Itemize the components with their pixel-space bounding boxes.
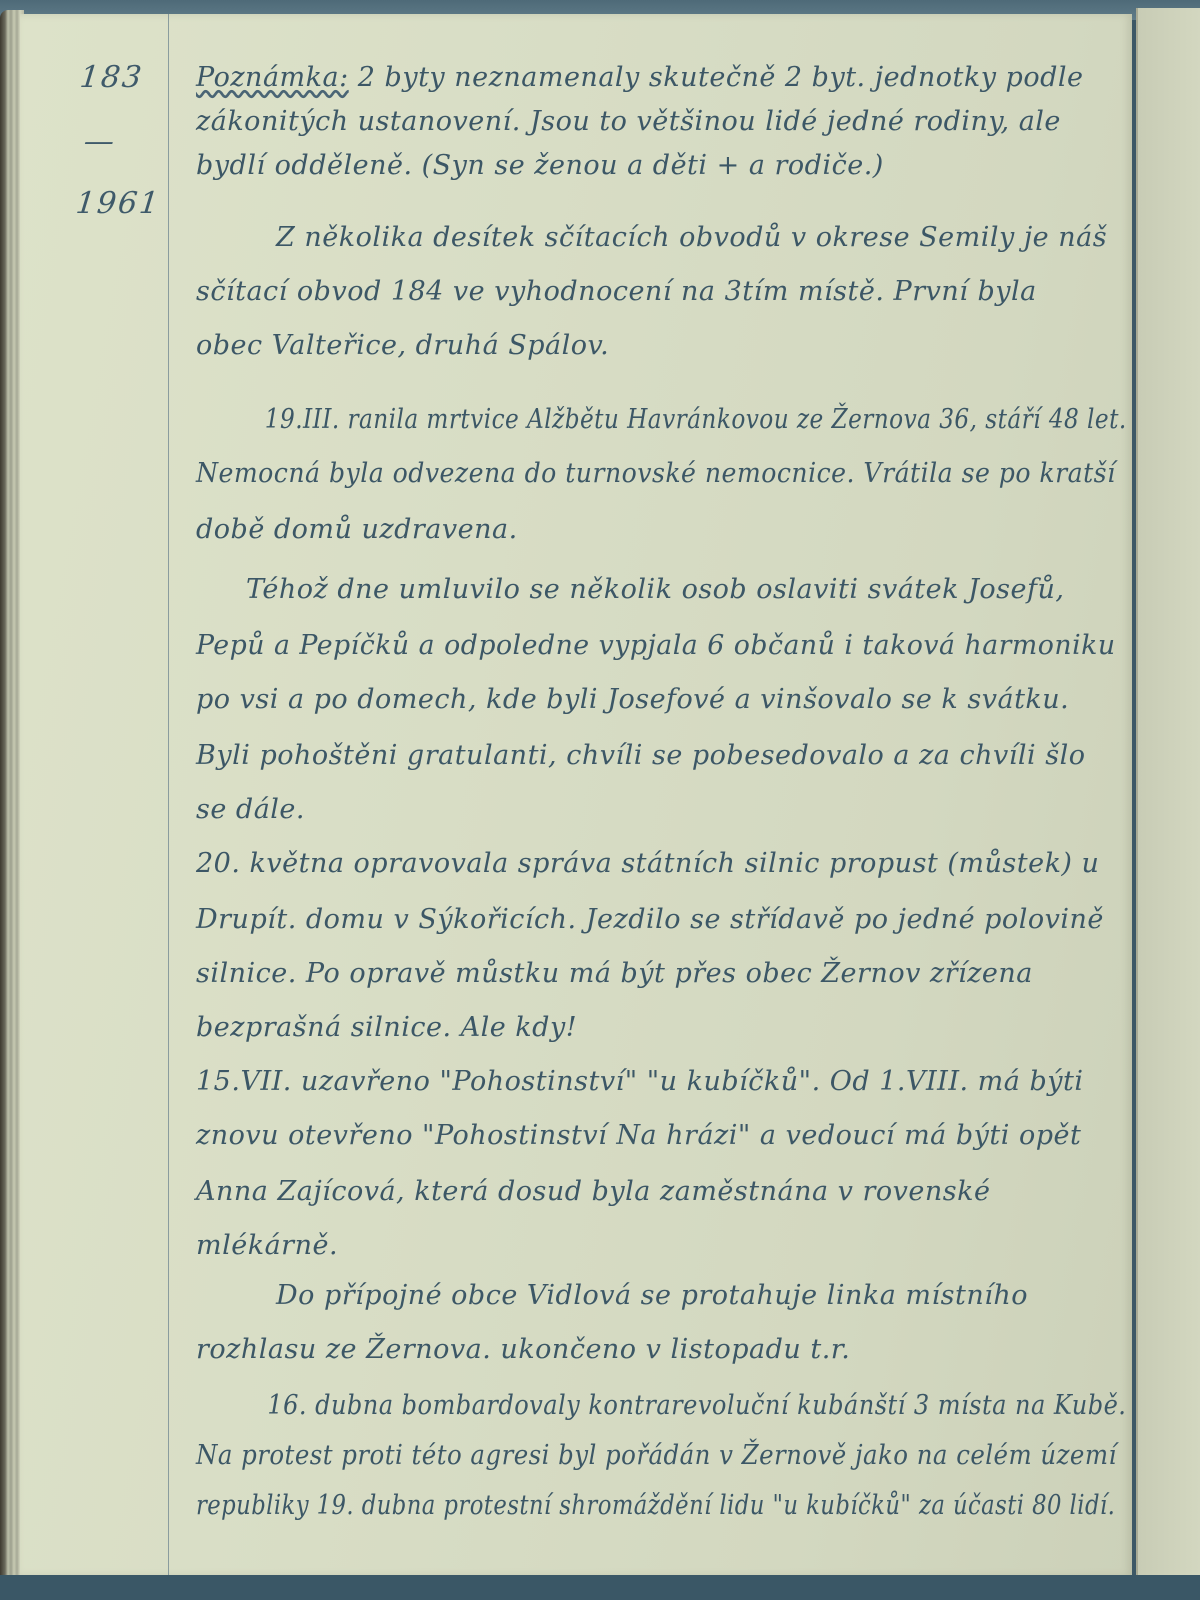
text-line: se dále. [196,794,305,825]
text-line: 20. května opravovala správa státních si… [196,848,1099,879]
text-line: silnice. Po opravě můstku má být přes ob… [196,958,1033,989]
text-line: obec Valteřice, druhá Spálov. [196,330,609,361]
text-line: znovu otevřeno "Pohostinství Na hrázi" a… [196,1120,1081,1151]
note-line-rest: 2 byty neznamenaly skutečně 2 byt. jedno… [349,62,1084,93]
text-line: Nemocná byla odvezena do turnovské nemoc… [196,458,1116,489]
margin-separator: — [82,124,118,159]
facing-page-edge [1138,8,1200,1576]
text-line: republiky 19. dubna protestní shromážděn… [196,1490,1115,1521]
text-line: Pepů a Pepíčků a odpoledne vypjala 6 obč… [196,630,1116,661]
margin-column: 183 — 1961 [50,14,168,1576]
text-line: Drupít. domu v Sýkořicích. Jezdilo se st… [196,904,1104,935]
chronicle-page: 183 — 1961 Poznámka: 2 byty neznamenaly … [20,14,1132,1576]
backdrop-bottom [0,1575,1200,1600]
text-line: bezprašná silnice. Ale kdy! [196,1012,577,1043]
text-line: 15.VII. uzavřeno "Pohostinství" "u kubíč… [196,1066,1083,1097]
text-line: Z několika desítek sčítacích obvodů v ok… [196,222,1107,253]
text-line: po vsi a po domech, kde byli Josefové a … [196,684,1069,715]
text-line: mlékárně. [196,1230,338,1261]
page-number: 183 [78,60,145,95]
text-line: bydlí odděleně. (Syn se ženou a děti + a… [196,150,884,181]
text-line: Na protest proti této agresi byl pořádán… [196,1440,1117,1471]
text-line: sčítací obvod 184 ve vyhodnocení na 3tím… [196,276,1037,307]
text-line: době domů uzdravena. [196,514,518,545]
text-line: 19.III. ranila mrtvice Alžbětu Havránkov… [196,404,1127,435]
text-line: Do přípojné obce Vidlová se protahuje li… [196,1280,1028,1311]
text-line: rozhlasu ze Žernova. ukončeno v listopad… [196,1334,850,1365]
text-line: zákonitých ustanovení. Jsou to většinou … [196,106,1061,137]
year-label: 1961 [74,186,162,221]
note-label: Poznámka: [196,62,349,93]
text-line: Téhož dne umluvilo se několik osob oslav… [196,574,1064,605]
text-line-note: Poznámka: 2 byty neznamenaly skutečně 2 … [196,62,1083,93]
text-line: Anna Zajícová, která dosud byla zaměstná… [196,1176,990,1207]
margin-rule [168,14,169,1576]
text-line: 16. dubna bombardovaly kontrarevoluční k… [196,1390,1126,1421]
book-gutter [1136,8,1138,1576]
text-line: Byli pohoštěni gratulanti, chvíli se pob… [196,740,1085,771]
